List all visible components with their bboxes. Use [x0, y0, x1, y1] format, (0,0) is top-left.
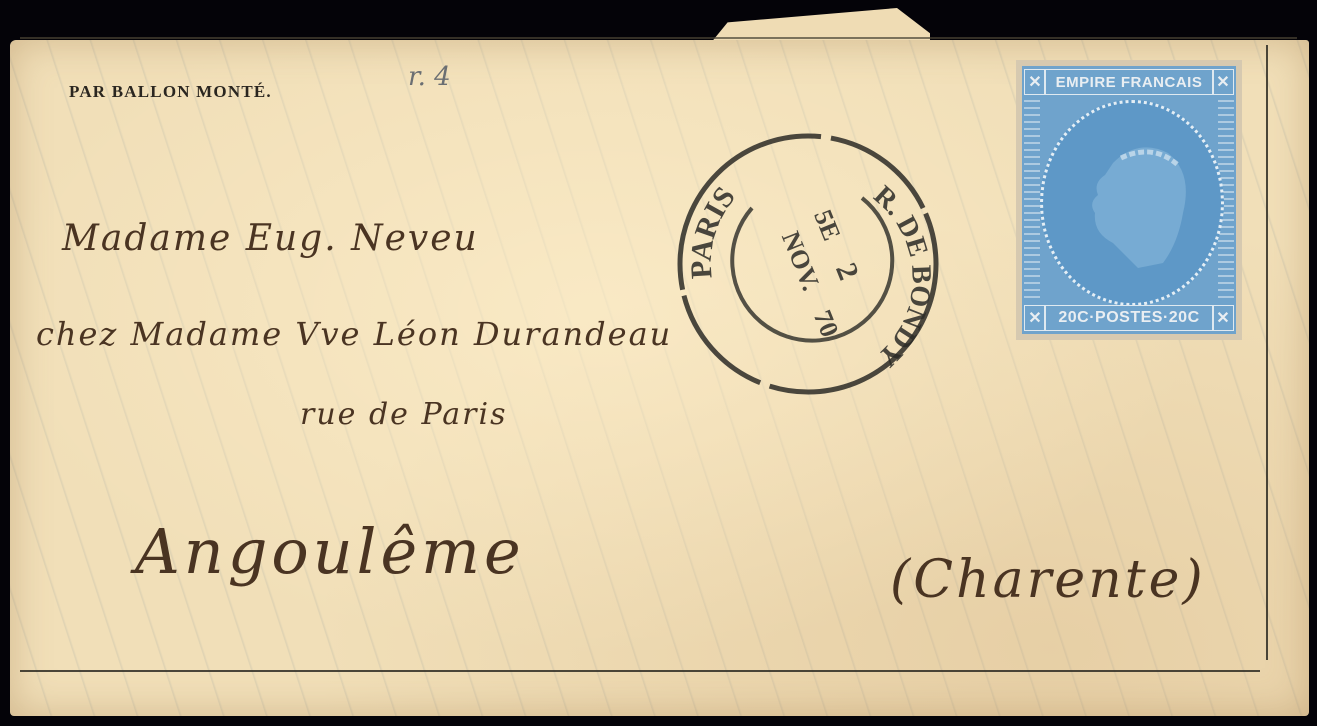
- postmark-office: R. DE BONDY: [868, 180, 937, 373]
- greek-key-border: [1024, 100, 1040, 300]
- top-border-rule: [20, 37, 1297, 39]
- printed-header: PAR BALLON MONTÉ.: [69, 82, 272, 102]
- postage-stamp-20c: ✕ ✕ ✕ ✕ EMPIRE FRANCAIS 20C·POSTES·20C: [1016, 60, 1242, 340]
- stamp-corner-x-icon: ✕: [1024, 69, 1046, 95]
- stamp-body: ✕ ✕ ✕ ✕ EMPIRE FRANCAIS 20C·POSTES·20C: [1022, 66, 1236, 334]
- stamp-corner-x-icon: ✕: [1212, 69, 1234, 95]
- address-line-care-of: chez Madame Vve Léon Durandeau: [36, 315, 672, 353]
- right-border-rule: [1266, 45, 1268, 660]
- paris-postmark-cancel: PARIS R. DE BONDY 5E 2 NOV. 70: [672, 128, 944, 400]
- address-line-recipient: Madame Eug. Neveu: [62, 218, 479, 259]
- address-city: Angoulême: [135, 515, 525, 588]
- stamp-corner-x-icon: ✕: [1024, 305, 1046, 331]
- postmark-day: 2: [829, 258, 865, 284]
- stamp-country-label: EMPIRE FRANCAIS: [1044, 69, 1214, 95]
- pencil-annotation: r. 4: [408, 62, 451, 92]
- stamp-corner-x-icon: ✕: [1212, 305, 1234, 331]
- address-department: (Charente): [890, 550, 1206, 610]
- stamp-value-label: 20C·POSTES·20C: [1044, 305, 1214, 331]
- svg-text:R. DE BONDY: R. DE BONDY: [868, 180, 937, 373]
- laureate-head-icon: [1043, 103, 1221, 303]
- address-line-street: rue de Paris: [300, 397, 508, 432]
- napoleon-portrait-medallion: [1040, 100, 1224, 306]
- bottom-border-rule: [20, 670, 1260, 672]
- postmark-time: 5E: [808, 206, 846, 245]
